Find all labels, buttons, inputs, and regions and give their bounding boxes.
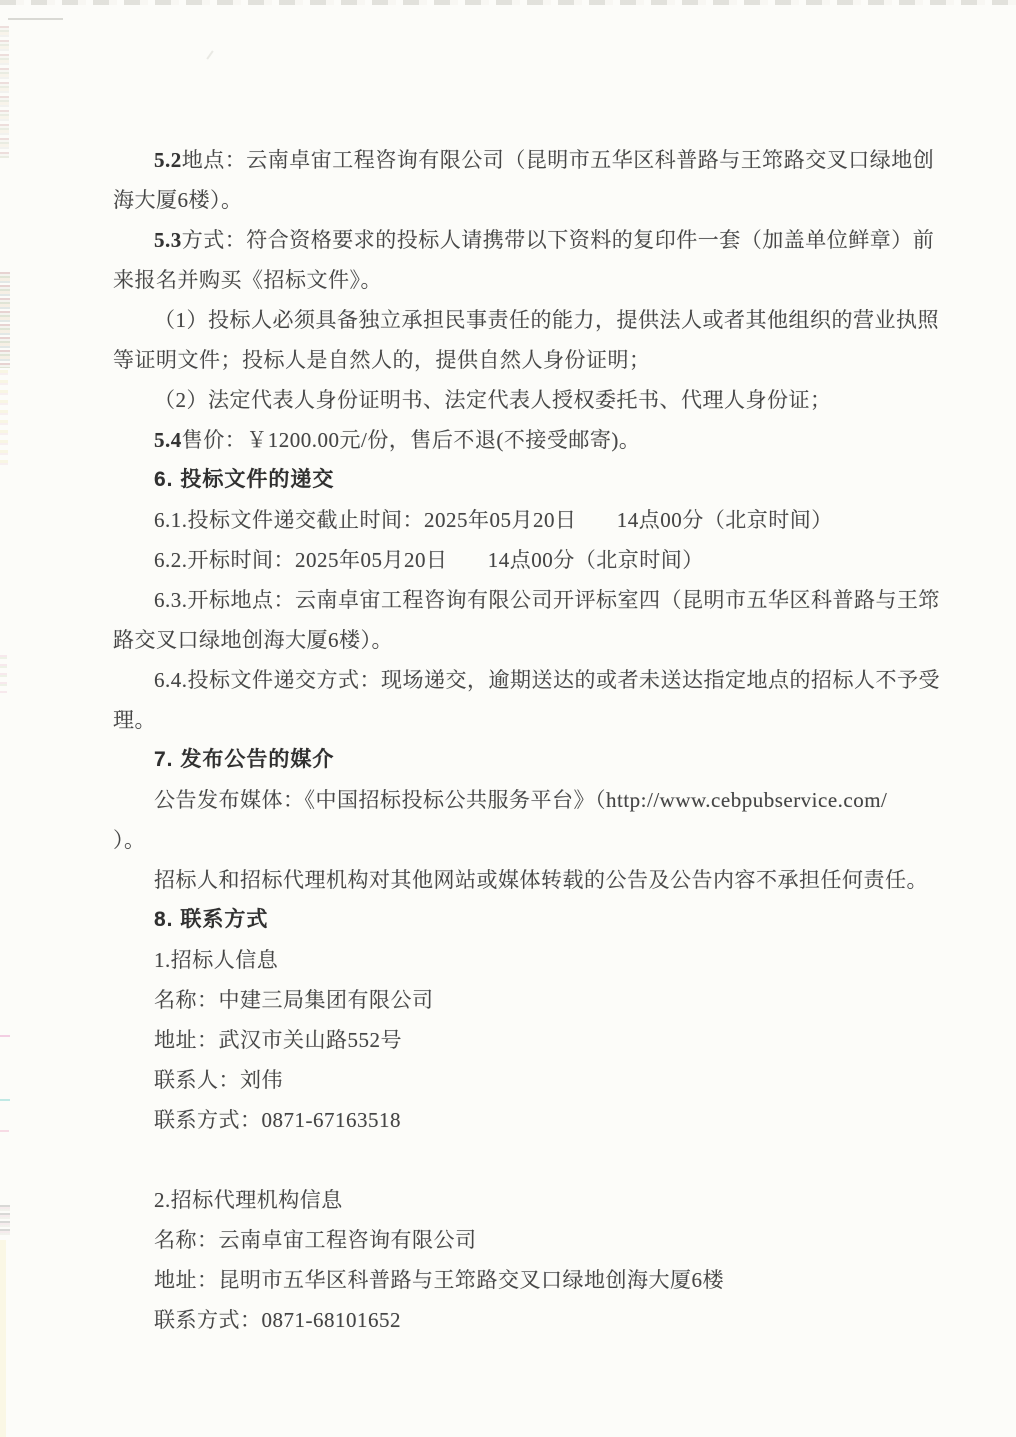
line-text: 6.2.开标时间：2025年05月20日 14点00分（北京时间） <box>154 548 704 572</box>
line-text: 公告发布媒体：《中国招标投标公共服务平台》（http://www.cebpubs… <box>154 788 887 812</box>
scan-noise-pink-line-1 <box>0 1035 10 1037</box>
line-number-prefix: 5.3 <box>154 228 182 252</box>
document-line: 路交叉口绿地创海大厦6楼）。 <box>113 620 933 660</box>
scan-mark-top-left <box>8 18 63 20</box>
document-line: ）。 <box>113 820 933 860</box>
line-text: 名称：云南卓宙工程咨询有限公司 <box>154 1228 477 1252</box>
line-text: 招标人和招标代理机构对其他网站或媒体转载的公告及公告内容不承担任何责任。 <box>154 868 928 892</box>
document-line: （2）法定代表人身份证明书、法定代表人授权委托书、代理人身份证； <box>113 380 933 420</box>
line-text: 地址：武汉市关山路552号 <box>154 1028 402 1052</box>
line-text: 名称：中建三局集团有限公司 <box>154 988 434 1012</box>
scan-noise-top-edge <box>0 0 1016 5</box>
document-line: 6. 投标文件的递交 <box>113 460 933 500</box>
document-line: （1）投标人必须具备独立承担民事责任的能力，提供法人或者其他组织的营业执照 <box>113 300 933 340</box>
scan-noise-left-band-2 <box>0 272 10 368</box>
line-text: 等证明文件；投标人是自然人的，提供自然人身份证明； <box>113 348 651 372</box>
document-line: 2.招标代理机构信息 <box>113 1180 933 1220</box>
line-number-prefix: 5.4 <box>154 428 182 452</box>
document-line: 联系人：刘伟 <box>113 1060 933 1100</box>
line-text: 6.1.投标文件递交截止时间：2025年05月20日 14点00分（北京时间） <box>154 508 833 532</box>
document-line: 理。 <box>113 700 933 740</box>
scan-noise-left-band-3 <box>0 370 8 470</box>
document-line: 8. 联系方式 <box>113 900 933 940</box>
line-text: 海大厦6楼）。 <box>113 188 243 212</box>
line-text: 6.4.投标文件递交方式：现场递交，逾期送达的或者未送达指定地点的招标人不予受 <box>154 668 940 692</box>
document-line: 名称：云南卓宙工程咨询有限公司 <box>113 1220 933 1260</box>
scan-noise-left-band-4 <box>0 655 7 693</box>
scan-noise-left-band-5 <box>0 1205 10 1235</box>
line-text: 理。 <box>113 708 156 732</box>
document-line: 等证明文件；投标人是自然人的，提供自然人身份证明； <box>113 340 933 380</box>
line-text: 联系人：刘伟 <box>154 1068 283 1092</box>
scan-noise-left-band-1 <box>0 26 9 158</box>
line-text: 1.招标人信息 <box>154 948 278 972</box>
document-line: 1.招标人信息 <box>113 940 933 980</box>
line-text: 6.3.开标地点：云南卓宙工程咨询有限公司开评标室四（昆明市五华区科普路与王筇 <box>154 588 940 612</box>
document-line: 地址：昆明市五华区科普路与王筇路交叉口绿地创海大厦6楼 <box>113 1260 933 1300</box>
document-line: 5.4售价：￥1200.00元/份，售后不退(不接受邮寄)。 <box>113 420 933 460</box>
scan-noise-cyan-line <box>0 1099 10 1101</box>
line-text: 8. 联系方式 <box>154 908 268 931</box>
line-text: （1）投标人必须具备独立承担民事责任的能力，提供法人或者其他组织的营业执照 <box>154 308 939 332</box>
document-line: 6.1.投标文件递交截止时间：2025年05月20日 14点00分（北京时间） <box>113 500 933 540</box>
document-line: 来报名并购买《招标文件》。 <box>113 260 933 300</box>
document-line: 招标人和招标代理机构对其他网站或媒体转载的公告及公告内容不承担任何责任。 <box>113 860 933 900</box>
document-line: 6.4.投标文件递交方式：现场递交，逾期送达的或者未送达指定地点的招标人不予受 <box>113 660 933 700</box>
line-text: ）。 <box>113 828 146 852</box>
line-text: 地点：云南卓宙工程咨询有限公司（昆明市五华区科普路与王筇路交叉口绿地创 <box>182 148 935 172</box>
document-line: 7. 发布公告的媒介 <box>113 740 933 780</box>
document-line: 5.3方式：符合资格要求的投标人请携带以下资料的复印件一套（加盖单位鲜章）前 <box>113 220 933 260</box>
document-line: 5.2地点：云南卓宙工程咨询有限公司（昆明市五华区科普路与王筇路交叉口绿地创 <box>113 140 933 180</box>
line-text: 7. 发布公告的媒介 <box>154 748 334 771</box>
document-body: 5.2地点：云南卓宙工程咨询有限公司（昆明市五华区科普路与王筇路交叉口绿地创海大… <box>113 140 933 1340</box>
line-text: 联系方式：0871-68101652 <box>154 1308 401 1332</box>
document-line: 公告发布媒体：《中国招标投标公共服务平台》（http://www.cebpubs… <box>113 780 933 820</box>
line-text: 售价：￥1200.00元/份，售后不退(不接受邮寄)。 <box>182 428 641 452</box>
line-text: 联系方式：0871-67163518 <box>154 1108 401 1132</box>
document-line: 联系方式：0871-67163518 <box>113 1100 933 1140</box>
line-text: （2）法定代表人身份证明书、法定代表人授权委托书、代理人身份证； <box>154 388 832 412</box>
line-text: 2.招标代理机构信息 <box>154 1188 343 1212</box>
line-text: 路交叉口绿地创海大厦6楼）。 <box>113 628 393 652</box>
document-line: 联系方式：0871-68101652 <box>113 1300 933 1340</box>
document-line: 海大厦6楼）。 <box>113 180 933 220</box>
line-text: 地址：昆明市五华区科普路与王筇路交叉口绿地创海大厦6楼 <box>154 1268 724 1292</box>
scanned-document-page: 5.2地点：云南卓宙工程咨询有限公司（昆明市五华区科普路与王筇路交叉口绿地创海大… <box>0 0 1016 1437</box>
document-line: 地址：武汉市关山路552号 <box>113 1020 933 1060</box>
scan-noise-left-band-6 <box>0 1240 6 1437</box>
scan-noise-pink-line-2 <box>0 1130 9 1132</box>
line-number-prefix: 5.2 <box>154 148 182 172</box>
line-text: 6. 投标文件的递交 <box>154 468 334 491</box>
document-line: 6.3.开标地点：云南卓宙工程咨询有限公司开评标室四（昆明市五华区科普路与王筇 <box>113 580 933 620</box>
scan-scratch-mark <box>206 50 213 59</box>
line-text: 来报名并购买《招标文件》。 <box>113 268 382 292</box>
document-line: 名称：中建三局集团有限公司 <box>113 980 933 1020</box>
line-text: 方式：符合资格要求的投标人请携带以下资料的复印件一套（加盖单位鲜章）前 <box>182 228 935 252</box>
document-line: 6.2.开标时间：2025年05月20日 14点00分（北京时间） <box>113 540 933 580</box>
